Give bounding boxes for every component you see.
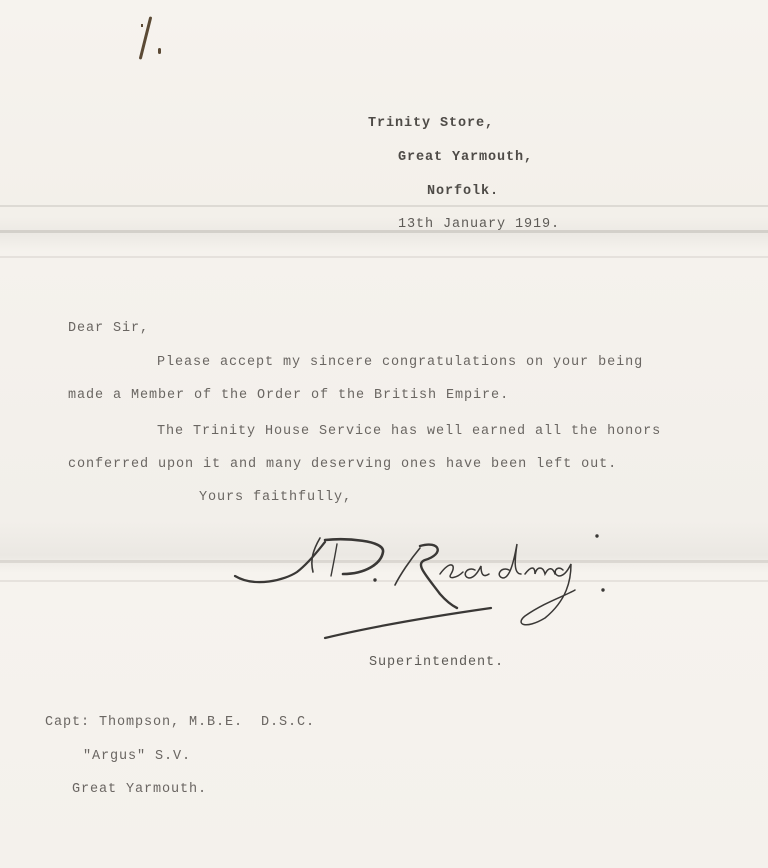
paper-fold-line [0, 256, 768, 258]
sender-address-line3: Norfolk. [427, 184, 499, 199]
recipient-line3: Great Yarmouth. [72, 782, 207, 797]
salutation: Dear Sir, [68, 321, 149, 336]
margin-ink-mark [139, 16, 153, 59]
signer-title: Superintendent. [369, 655, 504, 670]
letter-date: 13th January 1919. [398, 217, 560, 232]
sender-address-line1: Trinity Store, [368, 116, 494, 131]
paragraph-1-line-1: Please accept my sincere congratulations… [157, 355, 643, 370]
margin-ink-mark [141, 24, 143, 27]
paragraph-2-line-2: conferred upon it and many deserving one… [68, 457, 617, 472]
letter-page: Trinity Store, Great Yarmouth, Norfolk. … [0, 0, 768, 868]
recipient-line1: Capt: Thompson, M.B.E. D.S.C. [45, 715, 315, 730]
paragraph-1-line-2: made a Member of the Order of the Britis… [68, 388, 509, 403]
paragraph-2-line-1: The Trinity House Service has well earne… [157, 424, 661, 439]
paper-fold-line [0, 230, 768, 233]
handwritten-signature [225, 530, 625, 670]
paper-fold-line [0, 205, 768, 207]
closing: Yours faithfully, [199, 490, 352, 505]
margin-ink-mark [158, 48, 161, 54]
sender-address-line2: Great Yarmouth, [398, 150, 533, 165]
recipient-line2: "Argus" S.V. [83, 749, 191, 764]
